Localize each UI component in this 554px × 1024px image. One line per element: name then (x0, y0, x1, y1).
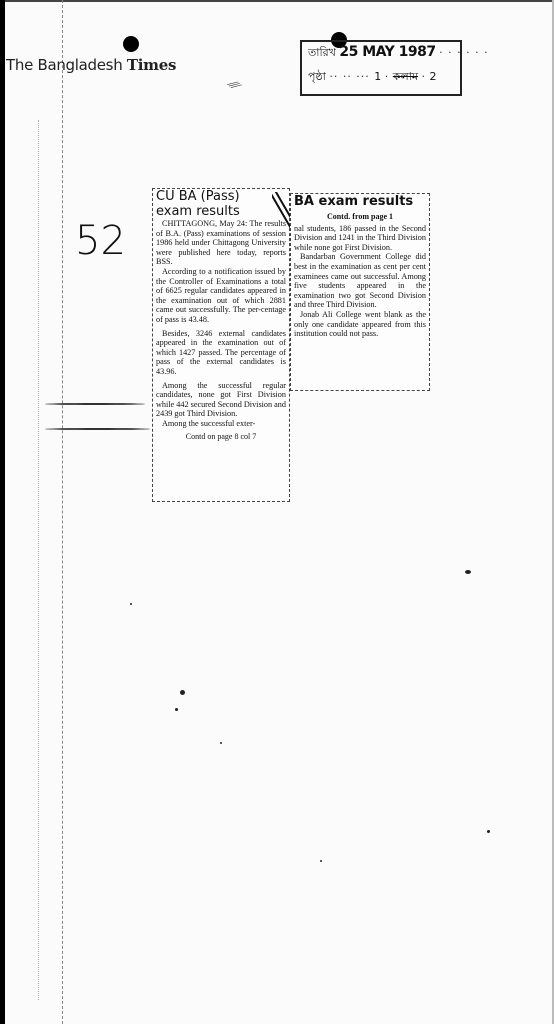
tear-line-lower (45, 428, 150, 430)
article-right-paragraph: nal students, 186 passed in the Second D… (294, 224, 426, 253)
article-left-headline-1: CU BA (Pass) (156, 189, 286, 204)
article-right-paragraph: Jonab Ali College went blank as the only… (294, 310, 426, 339)
scan-speck (175, 708, 178, 711)
stamp-page-label: পৃষ্ঠা (308, 70, 326, 83)
tear-line-upper (45, 403, 145, 405)
scan-speck (180, 690, 185, 695)
masthead-prefix: The Bangladesh (6, 56, 122, 74)
scan-speck (130, 603, 132, 605)
article-left-headline-2: exam results (156, 204, 286, 219)
scan-speck (320, 860, 322, 862)
article-left-paragraph: According to a notification issued by th… (156, 267, 286, 325)
article-left-continued-on: Contd on page 8 col 7 (156, 432, 286, 442)
handwritten-page-number: 52 (75, 218, 126, 264)
stamp-page-value: 1 (374, 70, 381, 83)
stamp-date: 25 MAY 1987 (339, 44, 435, 60)
article-right-headline: BA exam results (294, 194, 426, 210)
article-right-continued-from: Contd. from page 1 (294, 212, 426, 222)
stamp-column-value: 2 (430, 70, 437, 83)
fold-line-secondary (38, 120, 39, 1000)
article-clipping-left: CU BA (Pass) exam results CHITTAGONG, Ma… (152, 188, 290, 502)
article-right-paragraph: Bandarban Government College did best in… (294, 252, 426, 310)
punch-hole-left (123, 36, 139, 52)
scan-left-edge (0, 0, 5, 1024)
pen-mark: ∕∕∕ (226, 78, 242, 95)
scan-speck (465, 570, 471, 574)
scan-speck (220, 742, 222, 744)
article-left-paragraph: CHITTAGONG, May 24: The results of B.A. … (156, 219, 286, 267)
masthead-bold: Times (127, 56, 176, 74)
scan-top-edge (0, 0, 554, 2)
date-stamp: তারিখ 25 MAY 1987 · · · · · · পৃষ্ঠা ·· … (300, 40, 462, 96)
stamp-date-label: তারিখ (308, 46, 336, 59)
article-left-paragraph: Besides, 3246 external candidates appear… (156, 329, 286, 377)
scan-speck (487, 830, 490, 833)
fold-line (62, 0, 63, 1024)
newspaper-masthead: The Bangladesh Times (6, 56, 176, 74)
stamp-column-label: কলাম (393, 70, 418, 83)
article-left-paragraph: Among the successful regular candidates,… (156, 381, 286, 419)
article-clipping-right: BA exam results Contd. from page 1 nal s… (290, 193, 430, 391)
article-left-paragraph: Among the successful exter- (156, 419, 286, 429)
